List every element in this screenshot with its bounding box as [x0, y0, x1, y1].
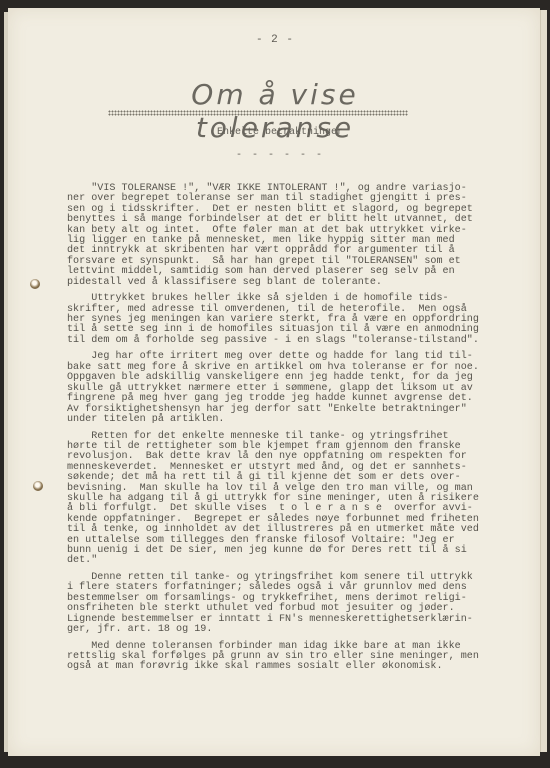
text-line: bunn uenig i det De sier, men jeg kunne …: [67, 546, 507, 556]
subtitle: Enkelte betraktninger: [0, 127, 550, 138]
text-line: pidestall ved å klassifisere seg blant d…: [67, 278, 507, 288]
punch-hole-icon: [33, 481, 43, 491]
text-line: også at man forøvrig ikke skal rammes so…: [67, 662, 507, 672]
paragraph: Jeg har ofte irritert meg over dette og …: [67, 352, 507, 425]
text-line: det.": [67, 556, 507, 566]
page-number: - 2 -: [0, 34, 550, 46]
paragraph: Retten for det enkelte menneske til tank…: [67, 432, 507, 567]
text-line: til dem om å forholde seg passive - i en…: [67, 336, 507, 346]
text-line: ger, jfr. art. 18 og 19.: [67, 625, 507, 635]
punch-hole-icon: [30, 279, 40, 289]
title-dotted-underline: [108, 110, 408, 116]
text-line: til å tenke, og innholdet av det illustr…: [67, 525, 507, 535]
paragraph: "VIS TOLERANSE !", "VÆR IKKE INTOLERANT …: [67, 184, 507, 288]
text-line: fingrene på meg hver gang jeg trodde jeg…: [67, 394, 507, 404]
page-stack-edge: [540, 10, 547, 752]
text-line: søkende; det må ha rett til å gi til kje…: [67, 473, 507, 483]
paragraph: Uttrykket brukes heller ikke så sjelden …: [67, 294, 507, 346]
paragraph: Med denne toleransen forbinder man idag …: [67, 642, 507, 673]
text-line: under titelen på artiklen.: [67, 415, 507, 425]
body-text: "VIS TOLERANSE !", "VÆR IKKE INTOLERANT …: [67, 184, 507, 679]
paragraph: Denne retten til tanke- og ytringsfrihet…: [67, 573, 507, 635]
separator: - - - - - -: [0, 150, 550, 161]
